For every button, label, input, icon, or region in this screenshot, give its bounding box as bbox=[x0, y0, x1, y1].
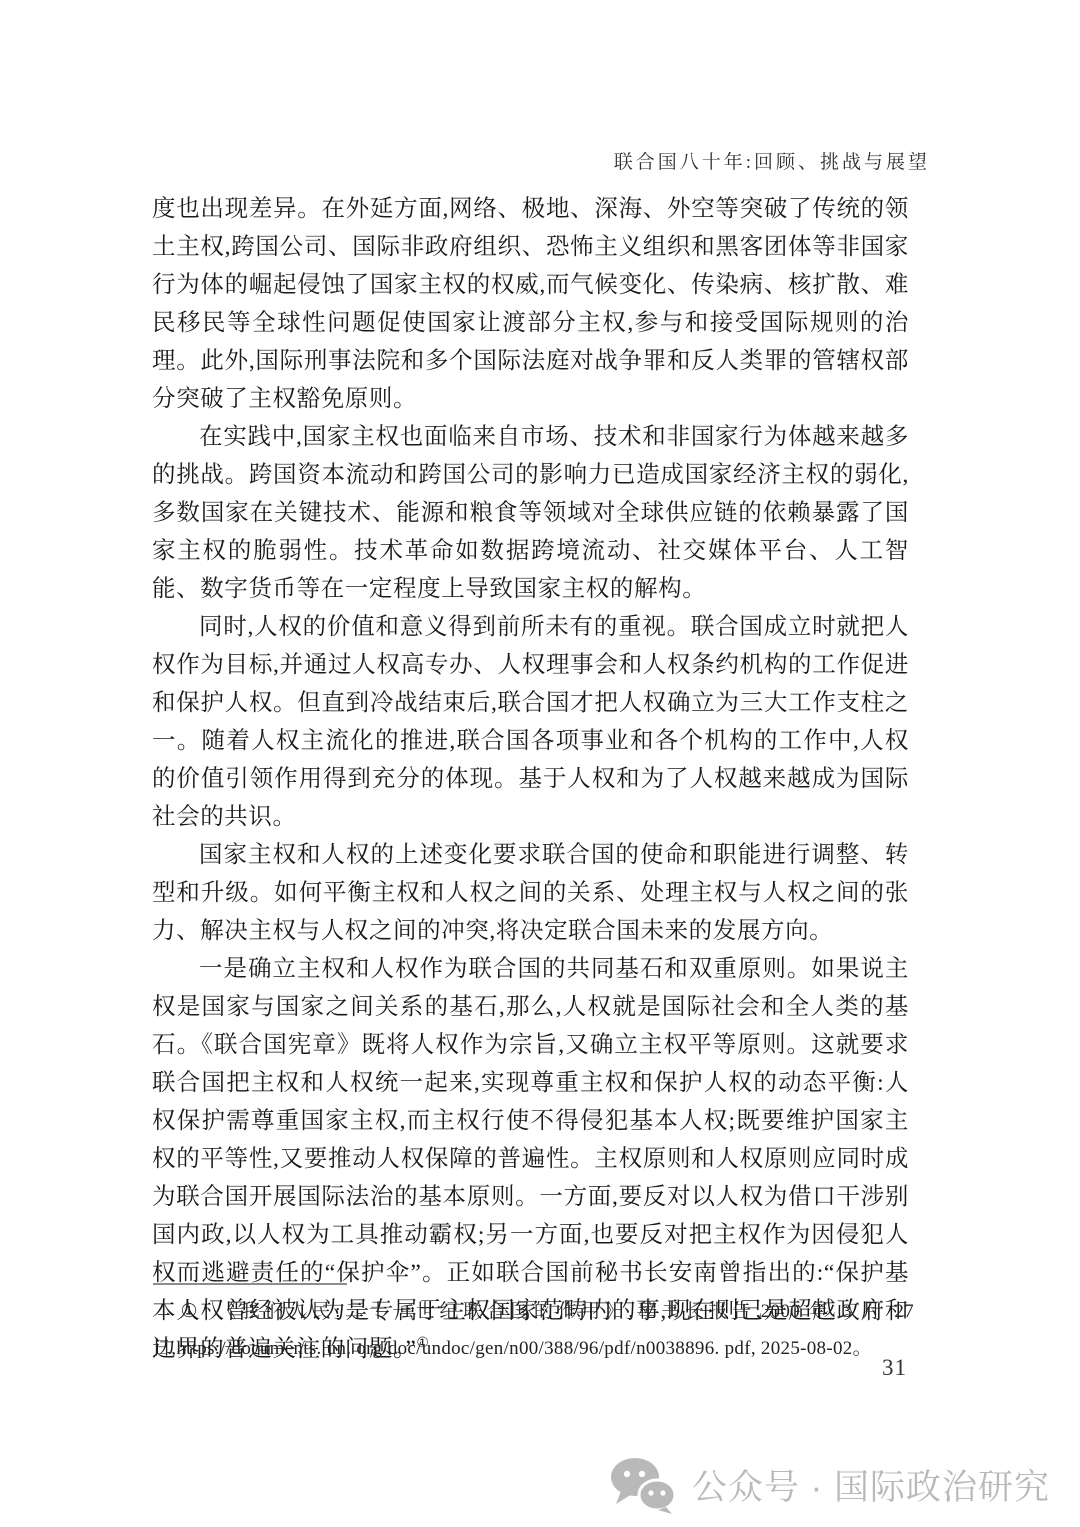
document-page: 联合国八十年:回顾、挑战与展望 度也出现差异。在外延方面,网络、极地、深海、外空… bbox=[0, 0, 1080, 1527]
paragraph: 在实践中,国家主权也面临来自市场、技术和非国家行为体越来越多的挑战。跨国资本流动… bbox=[152, 418, 909, 608]
footnote-separator-rule bbox=[153, 1283, 347, 1285]
footnote-text: 《我们人民:二十一世纪联合国的作用》,秘书长报告,2000 年 3 月 27 日… bbox=[152, 1301, 914, 1359]
paragraph: 同时,人权的价值和意义得到前所未有的重视。联合国成立时就把人权作为目标,并通过人… bbox=[152, 608, 909, 836]
paragraph: 度也出现差异。在外延方面,网络、极地、深海、外空等突破了传统的领土主权,跨国公司… bbox=[152, 190, 909, 418]
paragraph-text: 度也出现差异。在外延方面,网络、极地、深海、外空等突破了传统的领土主权,跨国公司… bbox=[152, 196, 909, 412]
watermark-text: 公众号 · 国际政治研究 bbox=[692, 1460, 1050, 1510]
paragraph-text: 在实践中,国家主权也面临来自市场、技术和非国家行为体越来越多的挑战。跨国资本流动… bbox=[152, 424, 909, 602]
watermark: 公众号 · 国际政治研究 bbox=[608, 1456, 1050, 1514]
paragraph-text: 同时,人权的价值和意义得到前所未有的重视。联合国成立时就把人权作为目标,并通过人… bbox=[152, 614, 909, 830]
paragraph: 国家主权和人权的上述变化要求联合国的使命和职能进行调整、转型和升级。如何平衡主权… bbox=[152, 836, 909, 950]
footnote: ①《我们人民:二十一世纪联合国的作用》,秘书长报告,2000 年 3 月 27 … bbox=[152, 1293, 914, 1367]
footnote-marker: ① bbox=[181, 1301, 203, 1322]
article-body: 度也出现差异。在外延方面,网络、极地、深海、外空等突破了传统的领土主权,跨国公司… bbox=[152, 190, 909, 1368]
page-number: 31 bbox=[882, 1355, 907, 1381]
wechat-icon bbox=[608, 1456, 678, 1514]
paragraph-text: 国家主权和人权的上述变化要求联合国的使命和职能进行调整、转型和升级。如何平衡主权… bbox=[152, 842, 909, 944]
running-head: 联合国八十年:回顾、挑战与展望 bbox=[614, 147, 930, 174]
